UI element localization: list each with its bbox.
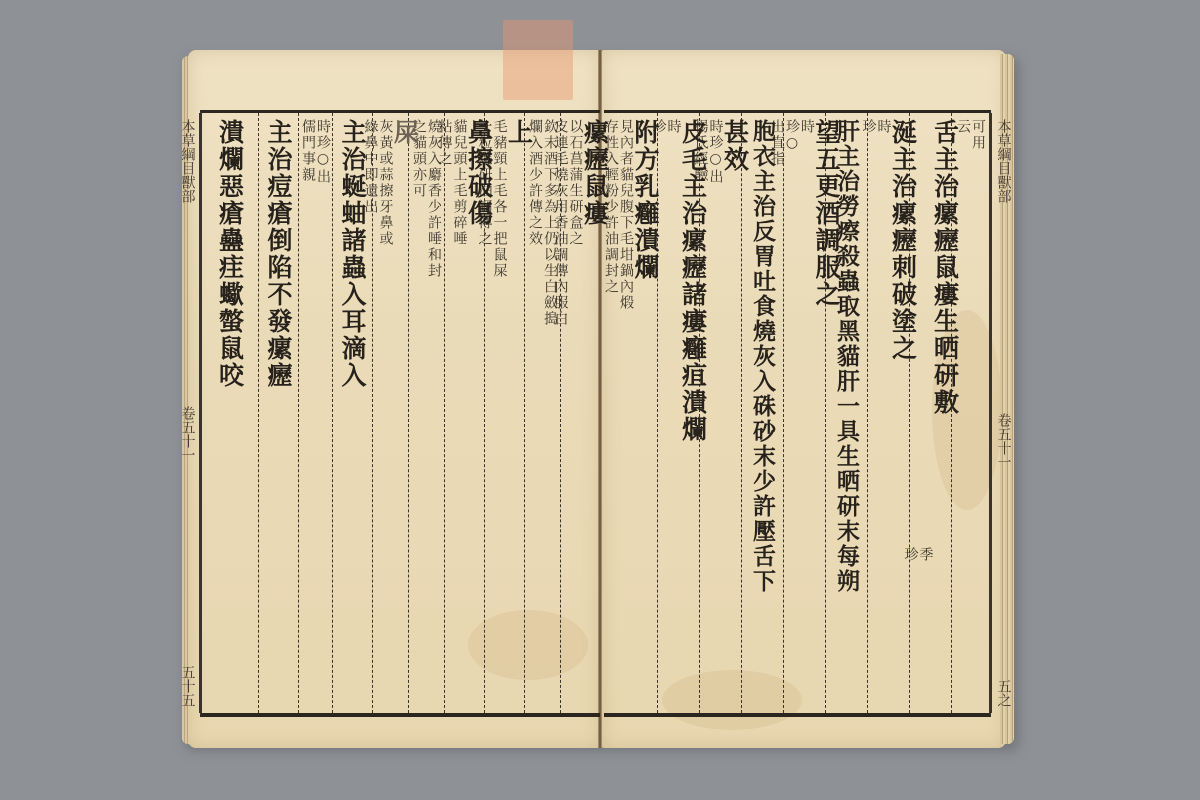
margin-folio: 五之 — [994, 679, 1014, 707]
margin-title: 本草綱目獸部 — [994, 119, 1014, 203]
open-book: 本草綱目獸部 卷五十一 五之 可用云 舌主治瘰癧鼠瘻生晒研敷 季珍 涎主治瘰癧刺… — [180, 50, 1016, 750]
text-column: 皮毛主治瘰癧諸瘻癰疽潰爛 時珍 — [657, 113, 699, 713]
text-column: 附方乳癰潰爛 見內者貓兒腹下毛坩鍋內煅存性入輕粉少許油調封之 — [605, 113, 657, 713]
margin-volume: 卷五十一 — [994, 413, 1014, 469]
text-column: 鼻擦破傷 貓兒頭上毛剪碎唾粘傳之 — [444, 113, 484, 713]
margin-volume: 卷五十一 — [178, 406, 198, 462]
right-page-text-frame: 本草綱目獸部 卷五十一 五之 可用云 舌主治瘰癧鼠瘻生晒研敷 季珍 涎主治瘰癧刺… — [604, 110, 991, 717]
text-column: 涎主治瘰癧刺破塗之 時珍 — [867, 113, 909, 713]
right-page-margin: 本草綱目獸部 卷五十一 五之 — [991, 113, 1015, 713]
left-page-margin: 本草綱目獸部 卷五十一 五十五 — [176, 113, 200, 713]
text-column: 望五更酒調服之 時珍○出直指 — [783, 113, 825, 713]
text-column: 主治蜒蚰諸蟲入耳滴入 — [332, 113, 372, 713]
text-column: 主治痘瘡倒陷不發瘰癧 — [258, 113, 298, 713]
library-seal-stamp — [503, 20, 573, 100]
margin-title: 本草綱目獸部 — [178, 119, 198, 203]
margin-folio: 五十五 — [178, 665, 198, 707]
text-column: 時珍○出儒門事親 — [298, 113, 332, 713]
text-column: 潰爛惡瘡蠱疰蠍螫鼠咬 — [202, 113, 258, 713]
text-column: 瘰癧鼠瘻 以石菖蒲生研盒之皮連毛燒灰用香油調傳內服白 — [560, 113, 600, 713]
left-page-text-frame: 本草綱目獸部 卷五十一 五十五 瘰癧鼠瘻 以石菖蒲生研盒之皮連毛燒灰用香油調傳內… — [200, 110, 600, 717]
text-column: 屎 灰黃或蒜擦牙鼻或綠鼻中即遺出 — [372, 113, 408, 713]
